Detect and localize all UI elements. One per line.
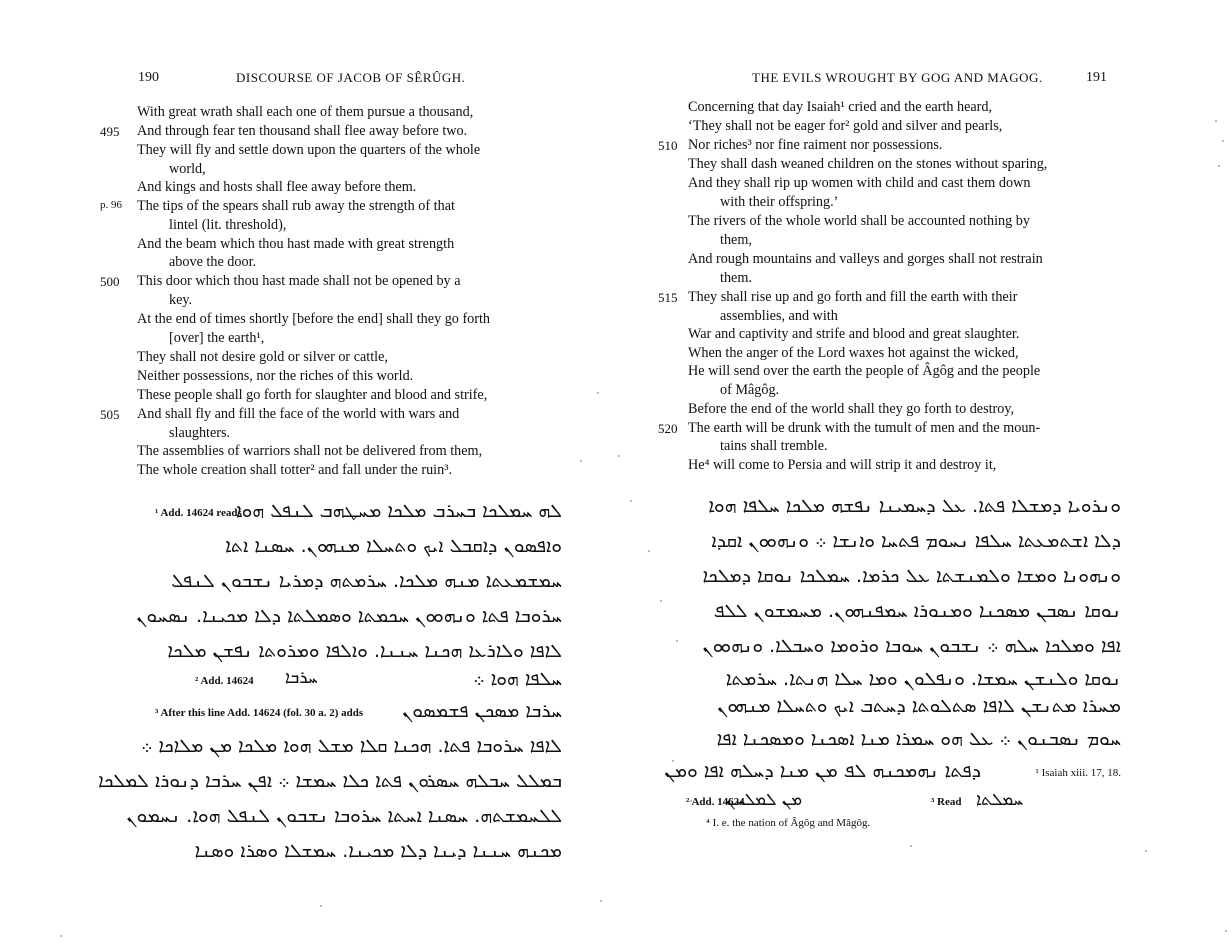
syriac-line: ܚܪܒܐ ܡܣܟܢ ܦܫܡܣܘܢ³ After this line Add. 1… [135, 700, 562, 728]
verse-line: [over] the earth¹, [137, 329, 264, 348]
verse-line: These people shall go forth for slaughte… [137, 386, 487, 405]
syriac-text: ܚܘܡ ܢܣܒܢܘܢ ܀ ܥܠ ܗܘ ܚܡܪܐ ܡܢܐ ܐܣܟܢܐ ܘܡܣܟܢܐ… [717, 728, 1121, 750]
footnote-label: ³ Read [931, 796, 962, 808]
line-number: 505 [100, 407, 120, 423]
verse-line: key. [137, 291, 192, 310]
scan-speckle [1145, 850, 1147, 852]
syriac-text: ܚܪܘܒܐ ܦܬܐ ܘܢܗܘܘܢ ܚܟܡܬܐ ܘܣܡܠܬܐ ܕܠܐ ܡܟܝܢܐ.… [136, 605, 562, 627]
scan-speckle [660, 600, 662, 602]
scan-speckle [672, 760, 674, 762]
scan-speckle [320, 905, 322, 907]
line-number: 520 [658, 421, 678, 437]
scan-speckle [648, 550, 650, 552]
verse-line: ‘They shall not be eager for² gold and s… [688, 117, 1002, 136]
scan-speckle [597, 392, 599, 394]
verse-line: He will send over the earth the people o… [688, 362, 1040, 381]
syriac-line: ܕܠܐ ܐܫܬܡܥܬܐ ܚܠܦܐ ܢܚܘܡ ܦܬܚܐ ܘܐܢܫܐ ܀ ܘܢܗܘܘ… [686, 530, 1121, 558]
syriac-line: ܠܐܦܐ ܘܠܐܪܥܐ ܗܟܢܐ ܚܢܢܐ. ܘܐܠܦܐ ܘܡܪܘܬܐ ܢܦܫܢ… [135, 640, 562, 668]
verse-line: And shall fly and fill the face of the w… [137, 405, 459, 424]
footnote-label: ² Add. 14624 [686, 796, 745, 808]
syriac-text: ܠܗ ܚܡܠܟܐ ܒܚܪܒ ܡܠܟܐ ܡܚܛܗܒ ܠܢܦܠ ܗܘܐ [236, 500, 562, 522]
verse-line: And they shall rip up women with child a… [688, 174, 1030, 193]
verse-line: Before the end of the world shall they g… [688, 400, 1014, 419]
verse-line: They shall dash weaned children on the s… [688, 155, 1047, 174]
footnote-label: ¹ Add. 14624 reads [155, 507, 242, 519]
syriac-text: ܕܦܬܐ ܢܗܡܟܢܗ ܠܦ ܡܢ ܡܢܐ ܕܚܠܗ ܐܦܐ ܘܡܢ [664, 760, 981, 782]
syriac-text: ܡܟܢܗ ܚܢܢܐ ܕܝܢܐ ܕܠܐ ܡܟܝܢܐ. ܚܡܫܠܐ ܘܣܪܐ ܘܣܢ… [195, 840, 562, 862]
verse-line: with their offspring.’ [688, 193, 838, 212]
scan-speckle [580, 460, 582, 462]
verse-line: The assemblies of warriors shall not be … [137, 442, 482, 461]
right-page: THE EVILS WROUGHT BY GOG AND MAGOG. 191 … [616, 0, 1232, 944]
syriac-text: ܒܡܠܠ ܚܒܠܗ ܚܣܪܘܢ ܦܬܐ ܟܠܐ ܚܡܫܐ ܀ ܐܦܢ ܚܪܒܐ … [98, 770, 562, 792]
scan-speckle [910, 845, 912, 847]
verse-line: tains shall tremble. [688, 437, 828, 456]
verse-line: Concerning that day Isaiah¹ cried and th… [688, 98, 992, 117]
line-number: 510 [658, 138, 678, 154]
footnote-label: ¹ Isaiah xiii. 17, 18. [1036, 767, 1121, 779]
scan-speckle [1218, 165, 1220, 167]
syriac-text: ܚܠܦܐ ܗܘܐ ܀ [473, 668, 562, 690]
page-number: 190 [138, 70, 159, 86]
syriac-text: ܠܠܚܡܫܬܗ. ܚܣܢܐ ܐܚܬܐ ܚܪܘܒܐ ܢܫܒܘܢ ܠܢܦܠ ܗܘܐ.… [126, 805, 562, 827]
verse-line: world, [137, 160, 206, 179]
verse-line: At the end of times shortly [before the … [137, 310, 490, 329]
verse-line: War and captivity and strife and blood a… [688, 325, 1019, 344]
verse-line: And rough mountains and valleys and gorg… [688, 250, 1043, 269]
syriac-text: ܠܐܦܐ ܘܠܐܪܥܐ ܗܟܢܐ ܚܢܢܐ. ܘܐܠܦܐ ܘܡܪܘܬܐ ܢܦܫܢ… [167, 640, 562, 662]
syriac-text: ܚܡܠܬܐ [976, 790, 1023, 810]
verse-line: This door which thou hast made shall not… [137, 272, 461, 291]
footnote-label: ² Add. 14624 [195, 675, 254, 687]
syriac-line: ܚܡܫܡܥܬܐ ܡܢܗ ܡܠܟܐ. ܚܪܡܬܗ ܕܡܪܝܐ ܢܫܒܘܢ ܠܢܦܠ [135, 570, 562, 598]
syriac-text: ܚܪܒܐ [285, 668, 318, 688]
syriac-line: ܕܦܬܐ ܢܗܡܟܢܗ ܠܦ ܡܢ ܡܢܐ ܕܚܠܗ ܐܦܐ ܘܡܢ¹ Isai… [686, 760, 1121, 788]
verse-line: assemblies, and with [688, 307, 838, 326]
verse-line: With great wrath shall each one of them … [137, 103, 473, 122]
scan-speckle [618, 455, 620, 457]
verse-line: them. [688, 269, 752, 288]
syriac-text: ܚܪܒܐ ܡܣܟܢ ܦܫܡܣܘܢ [402, 700, 562, 722]
verse-line: He⁴ will come to Persia and will strip i… [688, 456, 996, 475]
verse-line: And kings and hosts shall flee away befo… [137, 178, 416, 197]
scan-speckle [1225, 930, 1227, 932]
syriac-line: ܡܟܢܗ ܚܢܢܐ ܕܝܢܐ ܕܠܐ ܡܟܝܢܐ. ܚܡܫܠܐ ܘܣܪܐ ܘܣܢ… [135, 840, 562, 868]
syriac-line: ܡܚܪܐ ܡܬܢܫܢ ܠܐܦܐ ܣܬܠܘܬܐ ܕܚܬܒ ܐܝܟ ܘܬܚܠܐ ܡܢ… [686, 695, 1121, 723]
syriac-line: ܚܪܘܒܐ ܦܬܐ ܘܢܗܘܘܢ ܚܟܡܬܐ ܘܣܡܠܬܐ ܕܠܐ ܡܟܝܢܐ.… [135, 605, 562, 633]
verse-line: Neither possessions, nor the riches of t… [137, 367, 413, 386]
syriac-line: ܚܘܡ ܢܣܒܢܘܢ ܀ ܥܠ ܗܘ ܚܡܪܐ ܡܢܐ ܐܣܟܢܐ ܘܡܣܟܢܐ… [686, 728, 1121, 756]
verse-line: And the beam which thou hast made with g… [137, 235, 454, 254]
verse-line: When the anger of the Lord waxes hot aga… [688, 344, 1019, 363]
syriac-text: ܠܐܦܐ ܚܪܘܒܐ ܦܬܐ. ܗܟܢܐ ܩܠܐ ܡܫܠ ܗܘܐ ܡܠܟܐ ܡܢ… [141, 735, 562, 757]
verse-line: them, [688, 231, 752, 250]
line-number: p. 96 [100, 199, 122, 211]
line-number: 500 [100, 274, 120, 290]
syriac-line: ܠܠܚܡܫܬܗ. ܚܣܢܐ ܐܚܬܐ ܚܪܘܒܐ ܢܫܒܘܢ ܠܢܦܠ ܗܘܐ.… [135, 805, 562, 833]
verse-line: Nor riches³ nor fine raiment nor possess… [688, 136, 942, 155]
verse-line: The earth will be drunk with the tumult … [688, 419, 1040, 438]
syriac-line: ܒܡܠܠ ܚܒܠܗ ܚܣܪܘܢ ܦܬܐ ܟܠܐ ܚܡܫܐ ܀ ܐܦܢ ܚܪܒܐ … [135, 770, 562, 798]
syriac-text: ܘܢܗܘܢܐ ܘܡܫܐ ܘܠܡܢܫܬܐ ܥܠ ܟܪܡܐ. ܚܡܠܟܐ ܢܘܩܐ … [702, 565, 1121, 587]
syriac-text: ܐܦܐ ܘܡܠܟܐ ܚܠܗ ܀ ܢܫܒܘܢ ܚܘܒܐ ܘܪܘܡܐ ܘܚܒܠܐ. … [702, 635, 1121, 657]
syriac-line: ܚܠܦܐ ܗܘܐ ܀² Add. 14624ܚܪܒܐ [135, 668, 562, 696]
syriac-line: ܢܘܩܐ ܢܣܒܢ ܡܣܟܢܐ ܘܡܢܘܪܐ ܚܡܦܢܗܘܢ. ܡܚܡܫܘܢ ܠ… [686, 600, 1121, 628]
scan-speckle [690, 800, 692, 802]
syriac-line: ܢܘܩܐ ܘܠܢܫܢ ܚܡܫܐ. ܘܢܦܠܘܢ ܘܡܐ ܚܠܐ ܗܢܬܐ. ܚܪ… [686, 668, 1121, 696]
line-number: 515 [658, 290, 678, 306]
running-head: DISCOURSE OF JACOB OF SÊRÛGH. [236, 70, 465, 86]
scan-speckle [1215, 120, 1217, 122]
page-number: 191 [1086, 70, 1107, 86]
scan-speckle [600, 900, 602, 902]
syriac-line: ܘܢܪܘܝܐ ܕܡܫܠܐ ܦܬܐ. ܥܠ ܕܚܡܝܢܐ ܢܦܫܗ ܡܠܟܐ ܚܠ… [686, 495, 1121, 523]
verse-line: of Mâgôg. [688, 381, 779, 400]
scan-speckle [630, 500, 632, 502]
scan-speckle [60, 935, 62, 937]
syriac-text: ܘܐܦܣܘܢ ܕܐܩܒܠ ܐܝܟ ܘܬܚܠܐ ܡܢܗܘܢ. ܚܣܢܐ ܐܬܐ [225, 535, 562, 557]
scan-speckle [1222, 140, 1224, 142]
verse-line: lintel (lit. threshold), [137, 216, 286, 235]
syriac-text: ܡܚܪܐ ܡܬܢܫܢ ܠܐܦܐ ܣܬܠܘܬܐ ܕܚܬܒ ܐܝܟ ܘܬܚܠܐ ܡܢ… [717, 695, 1121, 717]
verse-line: The tips of the spears shall rub away th… [137, 197, 455, 216]
verse-line: slaughters. [137, 424, 230, 443]
syriac-text: ܘܢܪܘܝܐ ܕܡܫܠܐ ܦܬܐ. ܥܠ ܕܚܡܝܢܐ ܢܦܫܗ ܡܠܟܐ ܚܠ… [708, 495, 1121, 517]
verse-line: They will fly and settle down upon the q… [137, 141, 480, 160]
syriac-text: ܕܠܐ ܐܫܬܡܥܬܐ ܚܠܦܐ ܢܚܘܡ ܦܬܚܐ ܘܐܢܫܐ ܀ ܘܢܗܘܘ… [711, 530, 1121, 552]
running-head: THE EVILS WROUGHT BY GOG AND MAGOG. [752, 70, 1043, 86]
verse-line: They shall rise up and go forth and fill… [688, 288, 1017, 307]
verse-line: They shall not desire gold or silver or … [137, 348, 388, 367]
footnote-4: ⁴ I. e. the nation of Âgôg and Mâgôg. [706, 817, 870, 829]
syriac-text: ܢܘܩܐ ܘܠܢܫܢ ܚܡܫܐ. ܘܢܦܠܘܢ ܘܡܐ ܚܠܐ ܗܢܬܐ. ܚܪ… [726, 668, 1121, 690]
syriac-line: ܡܢ ܠܡܠܚܢ² Add. 14624³ Readܚܡܠܬܐ [686, 790, 1121, 818]
syriac-line: ܘܐܦܣܘܢ ܕܐܩܒܠ ܐܝܟ ܘܬܚܠܐ ܡܢܗܘܢ. ܚܣܢܐ ܐܬܐ [135, 535, 562, 563]
line-number: 495 [100, 124, 120, 140]
verse-line: And through fear ten thousand shall flee… [137, 122, 467, 141]
scan-speckle [676, 640, 678, 642]
verse-line: The whole creation shall totter² and fal… [137, 461, 452, 480]
syriac-line: ܘܢܗܘܢܐ ܘܡܫܐ ܘܠܡܢܫܬܐ ܥܠ ܟܪܡܐ. ܚܡܠܟܐ ܢܘܩܐ … [686, 565, 1121, 593]
verse-line: above the door. [137, 253, 256, 272]
syriac-line: ܐܦܐ ܘܡܠܟܐ ܚܠܗ ܀ ܢܫܒܘܢ ܚܘܒܐ ܘܪܘܡܐ ܘܚܒܠܐ. … [686, 635, 1121, 663]
syriac-line: ܠܗ ܚܡܠܟܐ ܒܚܪܒ ܡܠܟܐ ܡܚܛܗܒ ܠܢܦܠ ܗܘܐ¹ Add. … [135, 500, 562, 528]
syriac-text: ܢܘܩܐ ܢܣܒܢ ܡܣܟܢܐ ܘܡܢܘܪܐ ܚܡܦܢܗܘܢ. ܡܚܡܫܘܢ ܠ… [714, 600, 1121, 622]
verse-line: The rivers of the whole world shall be a… [688, 212, 1030, 231]
syriac-text: ܚܡܫܡܥܬܐ ܡܢܗ ܡܠܟܐ. ܚܪܡܬܗ ܕܡܪܝܐ ܢܫܒܘܢ ܠܢܦܠ [171, 570, 562, 592]
footnote-label: ³ After this line Add. 14624 (fol. 30 a.… [155, 707, 363, 719]
syriac-line: ܠܐܦܐ ܚܪܘܒܐ ܦܬܐ. ܗܟܢܐ ܩܠܐ ܡܫܠ ܗܘܐ ܡܠܟܐ ܡܢ… [135, 735, 562, 763]
left-page: 190 DISCOURSE OF JACOB OF SÊRÛGH. With g… [0, 0, 616, 944]
